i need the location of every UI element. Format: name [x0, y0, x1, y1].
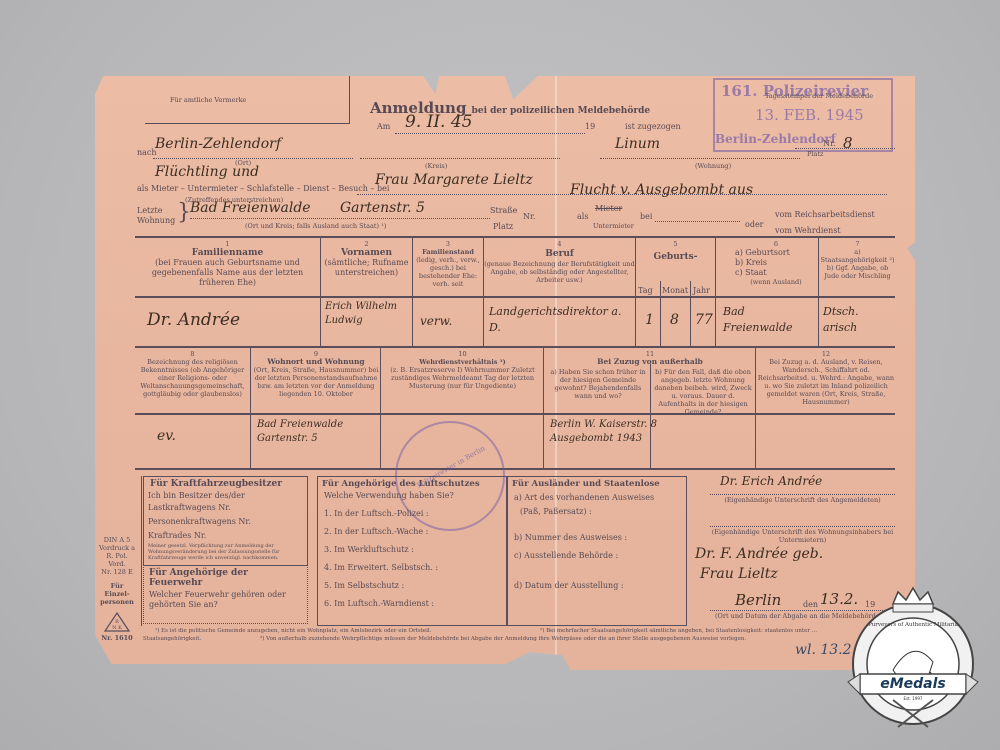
- signature-householder[interactable]: Dr. F. Andrée geb.: [695, 546, 823, 562]
- col-familienstand-header: 3 Familienstand (ledig, verh., verw., ge…: [413, 240, 483, 288]
- religion-value[interactable]: ev.: [157, 428, 176, 444]
- auslaender-title: Für Ausländer und Staatenlose: [508, 477, 686, 491]
- kfz-line1: Ich bin Besitzer des/der: [144, 491, 307, 501]
- col-geburts-header: 5 Geburts-: [636, 240, 715, 262]
- auslaender-section: Für Ausländer und Staatenlose a) Art des…: [507, 476, 687, 626]
- vornamen-value[interactable]: Erich Wilhelm Ludwig: [325, 300, 410, 328]
- nach-label: nach: [137, 148, 157, 158]
- auslaender-d: d) Datum der Ausstellung :: [508, 567, 686, 593]
- col-zuzug-b: b) Für den Fall, daß die oben angegeb. l…: [652, 368, 754, 416]
- den-label: den: [803, 600, 818, 610]
- emedals-badge-icon: [838, 582, 988, 732]
- col-tag: Tag: [638, 286, 653, 296]
- footnote-2: ²) Bei mehrfacher Staatsangehörigkeit sä…: [540, 628, 817, 635]
- ort-kreis-hint: (Ort und Kreis; falls Ausland auch Staat…: [245, 222, 386, 230]
- luftschutz-question: Welche Verwendung haben Sie?: [318, 491, 506, 505]
- luftschutz-item-5: 5. Im Selbstschutz :: [318, 577, 506, 595]
- kreis-label: (Kreis): [425, 162, 447, 170]
- col-wohnort-header: 9 Wohnort und Wohnung (Ort, Kreis, Straß…: [252, 350, 380, 398]
- official-remarks-box: Für amtliche Vermerke: [145, 76, 350, 124]
- letzte-wohnung-value[interactable]: Bad Freienwalde: [190, 200, 311, 216]
- col-geburtsort-header: 6 a) Geburtsort b) Kreis c) Staat (wenn …: [735, 240, 817, 286]
- platz-label-2: Platz: [493, 222, 513, 232]
- col-zuzug-a: a) Haben Sie schon früher in der hiesige…: [547, 368, 649, 400]
- form-sidebar: DIN A 5 Vordruck a R. Pol. Vord. Nr. 128…: [97, 536, 137, 642]
- status-value[interactable]: Flüchtling und: [155, 164, 259, 180]
- feuerwehr-question: Welcher Feuerwehr gehören oder gehörten …: [145, 588, 295, 612]
- luftschutz-item-3: 3. Im Werkluftschutz :: [318, 541, 506, 559]
- auslaender-a: a) Art des vorhandenen Ausweises: [508, 491, 686, 505]
- luftschutz-item-2: 2. In der Luftsch.-Wache :: [318, 523, 506, 541]
- luftschutz-item-6: 6. Im Luftsch.-Warndienst :: [318, 595, 506, 613]
- signature-tenant-label: (Eigenhändige Unterschrift des Wohnungsi…: [710, 528, 895, 544]
- auslaender-c: c) Ausstellende Behörde :: [508, 545, 686, 567]
- place-value[interactable]: Berlin: [735, 591, 781, 609]
- wehrdienst-label: vom Wehrdienst: [775, 226, 841, 236]
- svg-text:N K: N K: [112, 625, 122, 631]
- col-familienname-header: 1 Familienname (bei Frauen auch Geburtsn…: [135, 240, 320, 288]
- col-monat: Monat: [662, 286, 688, 296]
- wohnung-label: (Wohnung): [695, 162, 731, 170]
- stamp-tiny: Tagesstempel der Meldebehörde: [765, 92, 873, 100]
- nach-value[interactable]: Berlin-Zehlendorf: [155, 136, 281, 152]
- col-beruf-header: 4 Beruf (genaue Bezeichnung der Berufstä…: [484, 240, 635, 284]
- luftschutz-item-4: 4. Im Erweitert. Selbstsch. :: [318, 559, 506, 577]
- signature-householder-2[interactable]: Frau Lieltz: [700, 566, 778, 582]
- familienstand-value[interactable]: verw.: [420, 314, 452, 328]
- kfz-lkw: Lastkraftwagens Nr.: [144, 501, 307, 515]
- als-value[interactable]: Frau Margarete Lieltz: [375, 172, 533, 188]
- date-prefix: Am: [377, 122, 390, 132]
- emedals-brand: eMedals: [868, 676, 958, 692]
- year-suffix: ist zugezogen: [625, 122, 681, 132]
- jahr-value[interactable]: 77: [695, 312, 713, 328]
- col-wehrdienst-header: 10 Wehrdienstverhältnis ³) (z. B. Ersatz…: [382, 350, 543, 390]
- emedals-est: Est. 1997: [893, 696, 933, 701]
- rnk-logo-icon: R N K: [104, 612, 130, 632]
- letzte-als-label: als: [577, 212, 588, 222]
- emedals-motto: Purveyors of Authentic Militaria: [868, 622, 958, 628]
- nr-value[interactable]: 8: [843, 134, 853, 152]
- luftschutz-item-1: 1. In der Luftsch.-Polizei :: [318, 505, 506, 523]
- untermieter-label: Untermieter: [593, 222, 634, 230]
- col-jahr: Jahr: [693, 286, 710, 296]
- monat-value[interactable]: 8: [670, 312, 679, 328]
- geburtsort-value[interactable]: Bad Freienwalde: [723, 304, 815, 336]
- wohnung-value[interactable]: Linum: [615, 136, 660, 152]
- signature-registrant[interactable]: Dr. Erich Andrée: [720, 474, 822, 488]
- letzte-strasse-value[interactable]: Gartenstr. 5: [340, 200, 425, 216]
- oder-label: oder: [745, 220, 764, 230]
- title-suffix: bei der polizeilichen Meldebehörde: [472, 106, 651, 116]
- footnote-3: ³) Von außerhalb zuziehende Wehrpflichti…: [260, 636, 746, 643]
- col-zuzug-header: 11 Bei Zuzug von außerhalb: [545, 350, 755, 366]
- footnote-1: ¹) Es ist die politische Gemeinde anzuge…: [155, 628, 431, 635]
- familienname-value[interactable]: Dr. Andrée: [147, 310, 240, 330]
- bei-value[interactable]: Flucht v. Ausgebombt aus: [570, 182, 753, 198]
- tag-value[interactable]: 1: [645, 312, 654, 328]
- official-remarks-label: Für amtliche Vermerke: [170, 96, 246, 104]
- luftschutz-section: Für Angehörige des Luftschutzes Welche V…: [317, 476, 507, 626]
- reichsarbeitsdienst-label: vom Reichsarbeitsdienst: [775, 210, 875, 220]
- kfz-kraftrad: Kraftrades Nr.: [144, 529, 307, 543]
- police-date-stamp: 161. Polizeirevier Tagesstempel der Meld…: [713, 78, 893, 152]
- kfz-pkw: Personenkraftwagens Nr.: [144, 515, 307, 529]
- col-ausland-header: 12 Bei Zuzug a. d. Ausland, v. Reisen, W…: [757, 350, 895, 406]
- feuerwehr-title: Für Angehörige der Feuerwehr: [145, 568, 307, 588]
- feuerwehr-section: Für Angehörige der Feuerwehr Welcher Feu…: [145, 568, 307, 612]
- platz-label: Platz: [807, 150, 823, 158]
- col-religion-header: 8 Bezeichnung des religiösen Bekenntniss…: [135, 350, 250, 398]
- wohnort-value[interactable]: Bad Freienwalde Gartenstr. 5: [257, 418, 377, 446]
- kfz-section: Für Kraftfahrzeugbesitzer Ich bin Besitz…: [143, 476, 308, 566]
- staat-value[interactable]: Dtsch. arisch: [823, 304, 895, 336]
- col-vornamen-header: 2 Vornamen (sämtliche; Rufname unterstre…: [321, 240, 412, 278]
- emedals-watermark: eMedals Purveyors of Authentic Militaria…: [838, 582, 988, 732]
- year-prefix: 19: [585, 122, 595, 132]
- kfz-note: Meiner gesetzl. Verpflichtung zur Anmeld…: [144, 543, 307, 561]
- auslaender-a2: (Paß, Paßersatz) :: [508, 505, 686, 519]
- stamp-line-2: 13. FEB. 1945: [755, 106, 864, 124]
- registration-form: Für amtliche Vermerke Anmeldung bei der …: [95, 76, 915, 670]
- signature-registrant-label: (Eigenhändige Unterschrift des Angemelde…: [710, 496, 895, 504]
- luftschutz-title: Für Angehörige des Luftschutzes: [318, 477, 506, 491]
- col-staat-header: 7 a) Staatsangehörigkeit ²) b) Ggf. Anga…: [820, 240, 895, 280]
- kfz-title: Für Kraftfahrzeugbesitzer: [144, 477, 307, 491]
- mieter-label: Mieter: [595, 204, 622, 214]
- strasse-label: Straße: [490, 206, 517, 216]
- bei-label: bei: [640, 212, 652, 222]
- nr-label-2: Nr.: [523, 212, 536, 222]
- beruf-value[interactable]: Landgerichtsdirektor a. D.: [489, 304, 634, 336]
- auslaender-b: b) Nummer des Ausweises :: [508, 519, 686, 545]
- footnote-2b: Staatsangehörigkeit.: [143, 636, 201, 643]
- letzte-wohnung-label: Letzte Wohnung: [137, 206, 181, 226]
- als-label: als Mieter – Untermieter – Schlafstelle …: [137, 184, 389, 194]
- stamp-line-3: Berlin-Zehlendorf: [715, 132, 836, 146]
- zuzug-a-value[interactable]: Berlin W. Kaiserstr. 8 Ausgebombt 1943: [550, 418, 680, 446]
- arrival-date[interactable]: 9. II. 45: [405, 112, 473, 132]
